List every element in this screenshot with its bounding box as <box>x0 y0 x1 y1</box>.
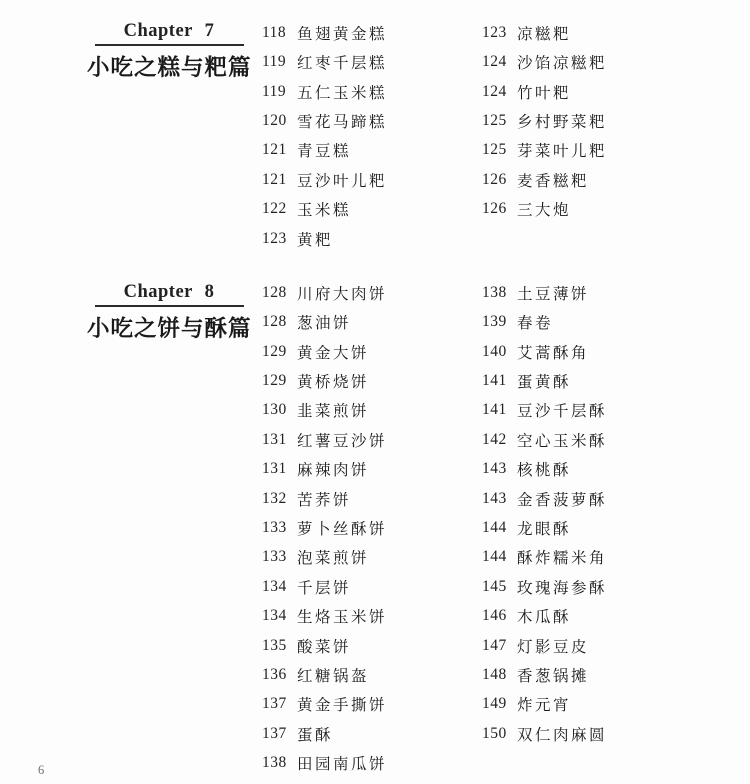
toc-entry-title: 木瓜酥 <box>517 605 571 627</box>
toc-entry: 131 红薯豆沙饼 <box>262 425 387 454</box>
toc-entry-title: 炸元宵 <box>517 693 571 715</box>
toc-entry: 119 五仁玉米糕 <box>262 77 387 106</box>
chapter-8-label: Chapter 8 <box>87 281 251 303</box>
toc-entry-title: 春卷 <box>517 311 553 333</box>
toc-entry-title: 川府大肉饼 <box>297 282 387 304</box>
toc-entry: 123 黄粑 <box>262 224 387 253</box>
toc-entry: 129 黄金大饼 <box>262 337 387 366</box>
toc-entry: 137 蛋酥 <box>262 719 387 748</box>
toc-entry-title: 香葱锅摊 <box>517 664 589 686</box>
toc-entry-page-number: 147 <box>482 637 512 655</box>
toc-entry-page-number: 119 <box>262 83 292 101</box>
toc-entry: 143 核桃酥 <box>482 454 607 483</box>
toc-entry-title: 葱油饼 <box>297 311 351 333</box>
toc-entry: 125 芽菜叶儿粑 <box>482 136 607 165</box>
toc-entry-title: 乡村野菜粑 <box>517 110 607 132</box>
toc-entry: 125 乡村野菜粑 <box>482 106 607 135</box>
toc-entry-title: 凉糍粑 <box>517 22 571 44</box>
chapter-7-underline <box>95 44 244 46</box>
chapter-7-heading: Chapter 7 小吃之糕与粑篇 <box>87 20 251 82</box>
chapter-7-toc-column-1: 118 鱼翅黄金糕 119 红枣千层糕 119 五仁玉米糕 120 雪花马蹄糕 … <box>262 18 387 253</box>
toc-entry-title: 生烙玉米饼 <box>297 605 387 627</box>
toc-entry-page-number: 126 <box>482 200 512 218</box>
toc-entry-title: 玫瑰海参酥 <box>517 576 607 598</box>
toc-entry: 137 黄金手撕饼 <box>262 690 387 719</box>
toc-book-page: Chapter 7 小吃之糕与粑篇 118 鱼翅黄金糕 119 红枣千层糕 11… <box>0 0 750 784</box>
toc-entry-page-number: 124 <box>482 53 512 71</box>
chapter-7-title: 小吃之糕与粑篇 <box>87 50 251 82</box>
toc-entry: 138 田园南瓜饼 <box>262 749 387 778</box>
toc-entry-page-number: 121 <box>262 171 292 189</box>
toc-entry-page-number: 140 <box>482 343 512 361</box>
chapter-8-heading: Chapter 8 小吃之饼与酥篇 <box>87 281 251 343</box>
toc-entry-page-number: 138 <box>482 284 512 302</box>
toc-entry-page-number: 129 <box>262 372 292 390</box>
toc-entry-page-number: 128 <box>262 284 292 302</box>
chapter-8-title: 小吃之饼与酥篇 <box>87 311 251 343</box>
toc-entry-title: 土豆薄饼 <box>517 282 589 304</box>
toc-entry-page-number: 144 <box>482 519 512 537</box>
chapter-8-toc-column-1: 128 川府大肉饼 128 葱油饼 129 黄金大饼 129 黄桥烧饼 130 … <box>262 278 387 778</box>
toc-entry-page-number: 137 <box>262 725 292 743</box>
toc-entry-title: 酸菜饼 <box>297 635 351 657</box>
toc-entry: 144 龙眼酥 <box>482 513 607 542</box>
toc-entry-title: 蛋黄酥 <box>517 370 571 392</box>
toc-entry: 132 苦荞饼 <box>262 484 387 513</box>
toc-entry: 138 土豆薄饼 <box>482 278 607 307</box>
toc-entry-page-number: 130 <box>262 401 292 419</box>
toc-entry-title: 田园南瓜饼 <box>297 752 387 774</box>
toc-entry: 134 生烙玉米饼 <box>262 601 387 630</box>
toc-entry: 133 萝卜丝酥饼 <box>262 513 387 542</box>
toc-entry: 148 香葱锅摊 <box>482 660 607 689</box>
toc-entry-page-number: 134 <box>262 607 292 625</box>
chapter-7-toc-column-2: 123 凉糍粑 124 沙馅凉糍粑 124 竹叶粑 125 乡村野菜粑 125 … <box>482 18 607 224</box>
toc-entry-title: 双仁肉麻圆 <box>517 723 607 745</box>
toc-entry-page-number: 142 <box>482 431 512 449</box>
toc-entry-title: 玉米糕 <box>297 198 351 220</box>
toc-entry: 129 黄桥烧饼 <box>262 366 387 395</box>
toc-entry: 139 春卷 <box>482 307 607 336</box>
chapter-8-toc-column-2: 138 土豆薄饼 139 春卷 140 艾蒿酥角 141 蛋黄酥 141 豆沙千… <box>482 278 607 749</box>
toc-entry-title: 红糖锅盔 <box>297 664 369 686</box>
toc-entry-title: 黄金手撕饼 <box>297 693 387 715</box>
toc-entry-page-number: 143 <box>482 490 512 508</box>
toc-entry: 131 麻辣肉饼 <box>262 454 387 483</box>
toc-entry-page-number: 141 <box>482 372 512 390</box>
chapter-7-label: Chapter 7 <box>87 20 251 42</box>
toc-entry-title: 沙馅凉糍粑 <box>517 51 607 73</box>
toc-entry-page-number: 121 <box>262 141 292 159</box>
toc-entry-page-number: 129 <box>262 343 292 361</box>
toc-entry-title: 青豆糕 <box>297 139 351 161</box>
toc-entry-page-number: 139 <box>482 313 512 331</box>
toc-entry-title: 豆沙叶儿粑 <box>297 169 387 191</box>
toc-entry: 142 空心玉米酥 <box>482 425 607 454</box>
toc-entry: 126 麦香糍粑 <box>482 165 607 194</box>
toc-entry: 124 竹叶粑 <box>482 77 607 106</box>
toc-entry: 141 豆沙千层酥 <box>482 396 607 425</box>
chapter-8-underline <box>95 305 244 307</box>
toc-entry: 121 豆沙叶儿粑 <box>262 165 387 194</box>
toc-entry-title: 芽菜叶儿粑 <box>517 139 607 161</box>
toc-entry: 145 玫瑰海参酥 <box>482 572 607 601</box>
toc-entry-page-number: 125 <box>482 141 512 159</box>
toc-entry: 118 鱼翅黄金糕 <box>262 18 387 47</box>
toc-entry-title: 麦香糍粑 <box>517 169 589 191</box>
toc-entry-page-number: 123 <box>262 230 292 248</box>
toc-entry-title: 五仁玉米糕 <box>297 81 387 103</box>
toc-entry-title: 金香菠萝酥 <box>517 488 607 510</box>
toc-entry-title: 苦荞饼 <box>297 488 351 510</box>
toc-entry: 119 红枣千层糕 <box>262 47 387 76</box>
toc-entry: 134 千层饼 <box>262 572 387 601</box>
toc-entry-page-number: 143 <box>482 460 512 478</box>
toc-entry: 140 艾蒿酥角 <box>482 337 607 366</box>
toc-entry-page-number: 126 <box>482 171 512 189</box>
toc-entry-page-number: 120 <box>262 112 292 130</box>
toc-entry: 146 木瓜酥 <box>482 601 607 630</box>
toc-entry-page-number: 122 <box>262 200 292 218</box>
toc-entry-title: 三大炮 <box>517 198 571 220</box>
toc-entry-page-number: 146 <box>482 607 512 625</box>
toc-entry: 128 川府大肉饼 <box>262 278 387 307</box>
toc-entry-page-number: 148 <box>482 666 512 684</box>
toc-entry-page-number: 134 <box>262 578 292 596</box>
toc-entry: 133 泡菜煎饼 <box>262 543 387 572</box>
toc-entry-page-number: 131 <box>262 431 292 449</box>
toc-entry: 128 葱油饼 <box>262 307 387 336</box>
toc-entry: 144 酥炸糯米角 <box>482 543 607 572</box>
toc-entry-title: 灯影豆皮 <box>517 635 589 657</box>
toc-entry-page-number: 144 <box>482 548 512 566</box>
toc-entry-page-number: 128 <box>262 313 292 331</box>
toc-entry-page-number: 132 <box>262 490 292 508</box>
toc-entry-title: 泡菜煎饼 <box>297 546 369 568</box>
toc-entry: 123 凉糍粑 <box>482 18 607 47</box>
toc-entry: 126 三大炮 <box>482 194 607 223</box>
toc-entry-title: 豆沙千层酥 <box>517 399 607 421</box>
toc-entry-title: 萝卜丝酥饼 <box>297 517 387 539</box>
toc-entry-title: 艾蒿酥角 <box>517 341 589 363</box>
toc-entry-title: 酥炸糯米角 <box>517 546 607 568</box>
toc-entry-page-number: 124 <box>482 83 512 101</box>
toc-entry: 143 金香菠萝酥 <box>482 484 607 513</box>
toc-entry-title: 红枣千层糕 <box>297 51 387 73</box>
toc-entry: 147 灯影豆皮 <box>482 631 607 660</box>
toc-entry-title: 麻辣肉饼 <box>297 458 369 480</box>
toc-entry-page-number: 145 <box>482 578 512 596</box>
toc-entry: 141 蛋黄酥 <box>482 366 607 395</box>
toc-entry-page-number: 149 <box>482 695 512 713</box>
toc-entry-title: 黄桥烧饼 <box>297 370 369 392</box>
toc-entry-page-number: 150 <box>482 725 512 743</box>
toc-entry-title: 蛋酥 <box>297 723 333 745</box>
toc-entry: 130 韭菜煎饼 <box>262 396 387 425</box>
toc-entry-title: 龙眼酥 <box>517 517 571 539</box>
folio-page-number: 6 <box>38 763 44 778</box>
toc-entry-title: 黄金大饼 <box>297 341 369 363</box>
toc-entry-title: 核桃酥 <box>517 458 571 480</box>
toc-entry-title: 韭菜煎饼 <box>297 399 369 421</box>
toc-entry-title: 空心玉米酥 <box>517 429 607 451</box>
toc-entry-page-number: 133 <box>262 519 292 537</box>
toc-entry-page-number: 131 <box>262 460 292 478</box>
toc-entry-page-number: 118 <box>262 24 292 42</box>
toc-entry-title: 黄粑 <box>297 228 333 250</box>
toc-entry-title: 竹叶粑 <box>517 81 571 103</box>
toc-entry: 124 沙馅凉糍粑 <box>482 47 607 76</box>
toc-entry-page-number: 136 <box>262 666 292 684</box>
toc-entry-title: 千层饼 <box>297 576 351 598</box>
toc-entry-page-number: 137 <box>262 695 292 713</box>
toc-entry-page-number: 125 <box>482 112 512 130</box>
toc-entry-page-number: 133 <box>262 548 292 566</box>
toc-entry-page-number: 119 <box>262 53 292 71</box>
toc-entry: 120 雪花马蹄糕 <box>262 106 387 135</box>
toc-entry: 122 玉米糕 <box>262 194 387 223</box>
toc-entry-page-number: 135 <box>262 637 292 655</box>
toc-entry: 121 青豆糕 <box>262 136 387 165</box>
toc-entry: 149 炸元宵 <box>482 690 607 719</box>
toc-entry-title: 雪花马蹄糕 <box>297 110 387 132</box>
toc-entry-page-number: 138 <box>262 754 292 772</box>
toc-entry: 136 红糖锅盔 <box>262 660 387 689</box>
toc-entry-page-number: 141 <box>482 401 512 419</box>
toc-entry-page-number: 123 <box>482 24 512 42</box>
toc-entry-title: 红薯豆沙饼 <box>297 429 387 451</box>
toc-entry: 135 酸菜饼 <box>262 631 387 660</box>
toc-entry: 150 双仁肉麻圆 <box>482 719 607 748</box>
toc-entry-title: 鱼翅黄金糕 <box>297 22 387 44</box>
